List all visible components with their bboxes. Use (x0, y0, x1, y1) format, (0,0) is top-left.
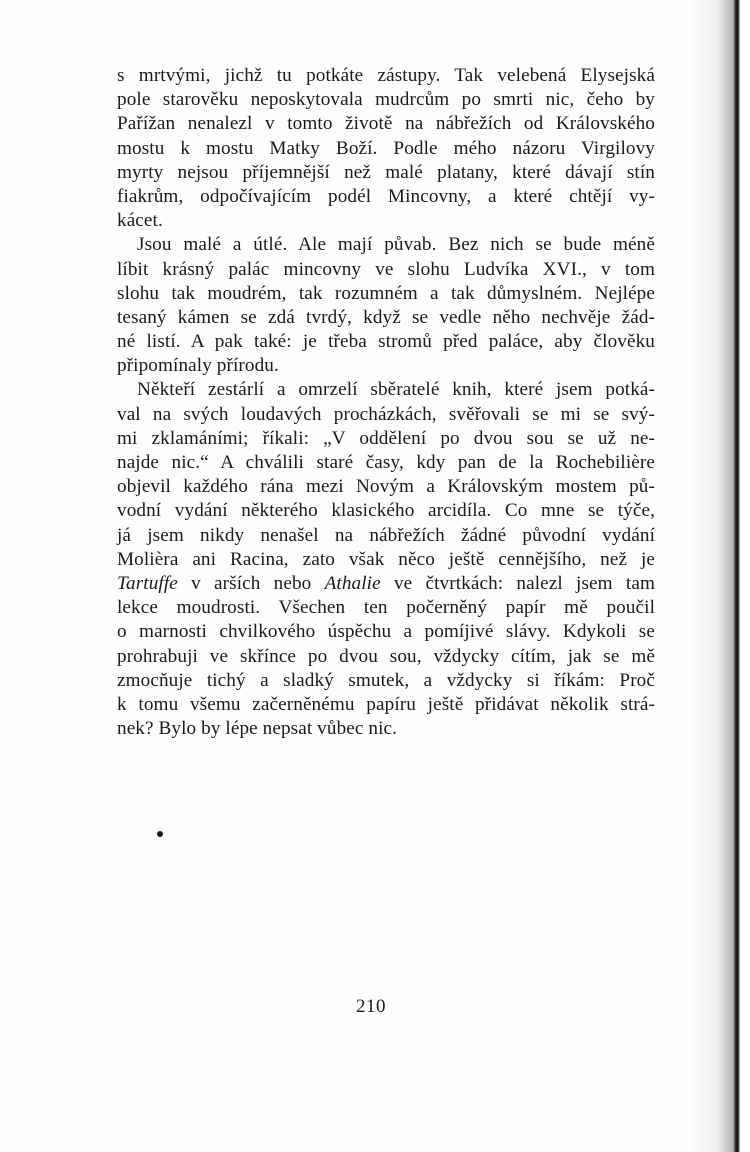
italic-title-tartuffe: Tartuffe (117, 573, 178, 594)
text-line: kácet. (117, 209, 655, 233)
text-line: myrty nejsou příjemnější než malé platan… (117, 161, 655, 185)
text-line: připomínaly přírodu. (117, 354, 655, 378)
text-line: val na svých loudavých procházkách, svěř… (117, 403, 655, 427)
text-span: ve čtvrtkách: nalezl jsem tam (381, 573, 655, 594)
text-line-with-italic-titles: Tartuffe v arších nebo Athalie ve čtvrtk… (117, 572, 655, 596)
text-line: zmocňuje tichý a sladký smutek, a vždyck… (117, 669, 655, 693)
text-line: mostu k mostu Matky Boží. Podle mého náz… (117, 137, 655, 161)
text-line: prohrabuji ve skřínce po dvou sou, vždyc… (117, 645, 655, 669)
book-page: s mrtvými, jichž tu potkáte zástupy. Tak… (0, 0, 750, 1152)
stray-dot-mark (157, 831, 163, 837)
italic-title-athalie: Athalie (325, 573, 381, 594)
paragraph-first-line: Někteří zestárlí a omrzelí sběratelé kni… (117, 378, 655, 402)
text-line: k tomu všemu začerněnému papíru ještě př… (117, 693, 655, 717)
text-line: objevil každého rána mezi Novým a Králov… (117, 475, 655, 499)
text-line: slohu tak moudrém, tak rozumném a tak dů… (117, 282, 655, 306)
page-edge-shadow (690, 0, 750, 1152)
text-line: Pařížan nenalezl v tomto životě na nábře… (117, 112, 655, 136)
text-span: v arších nebo (178, 573, 325, 594)
paragraph-first-line: Jsou malé a útlé. Ale mají půvab. Bez ni… (117, 233, 655, 257)
text-line: najde nic.“ A chválili staré časy, kdy p… (117, 451, 655, 475)
text-line: o marnosti chvilkového úspěchu a pomíjiv… (117, 620, 655, 644)
text-line: líbit krásný palác mincovny ve slohu Lud… (117, 258, 655, 282)
text-line: mi zklamáními; říkali: „V oddělení po dv… (117, 427, 655, 451)
text-line: lekce moudrosti. Všechen ten počerněný p… (117, 596, 655, 620)
text-line: tesaný kámen se zdá tvrdý, když se vedle… (117, 306, 655, 330)
text-line: vodní vydání některého klasického arcidí… (117, 499, 655, 523)
text-line: pole starověku neposkytovala mudrcům po … (117, 88, 655, 112)
text-line: nek? Bylo by lépe nepsat vůbec nic. (117, 717, 655, 741)
text-line: já jsem nikdy nenašel na nábřežích žádné… (117, 524, 655, 548)
page-number: 210 (356, 996, 386, 1018)
text-line: fiakrům, odpočívajícím podél Mincovny, a… (117, 185, 655, 209)
text-line: Molièra ani Racina, zato však něco ještě… (117, 548, 655, 572)
text-line: né listí. A pak také: je třeba stromů př… (117, 330, 655, 354)
body-text: s mrtvými, jichž tu potkáte zástupy. Tak… (117, 64, 655, 741)
text-line: s mrtvými, jichž tu potkáte zástupy. Tak… (117, 64, 655, 88)
